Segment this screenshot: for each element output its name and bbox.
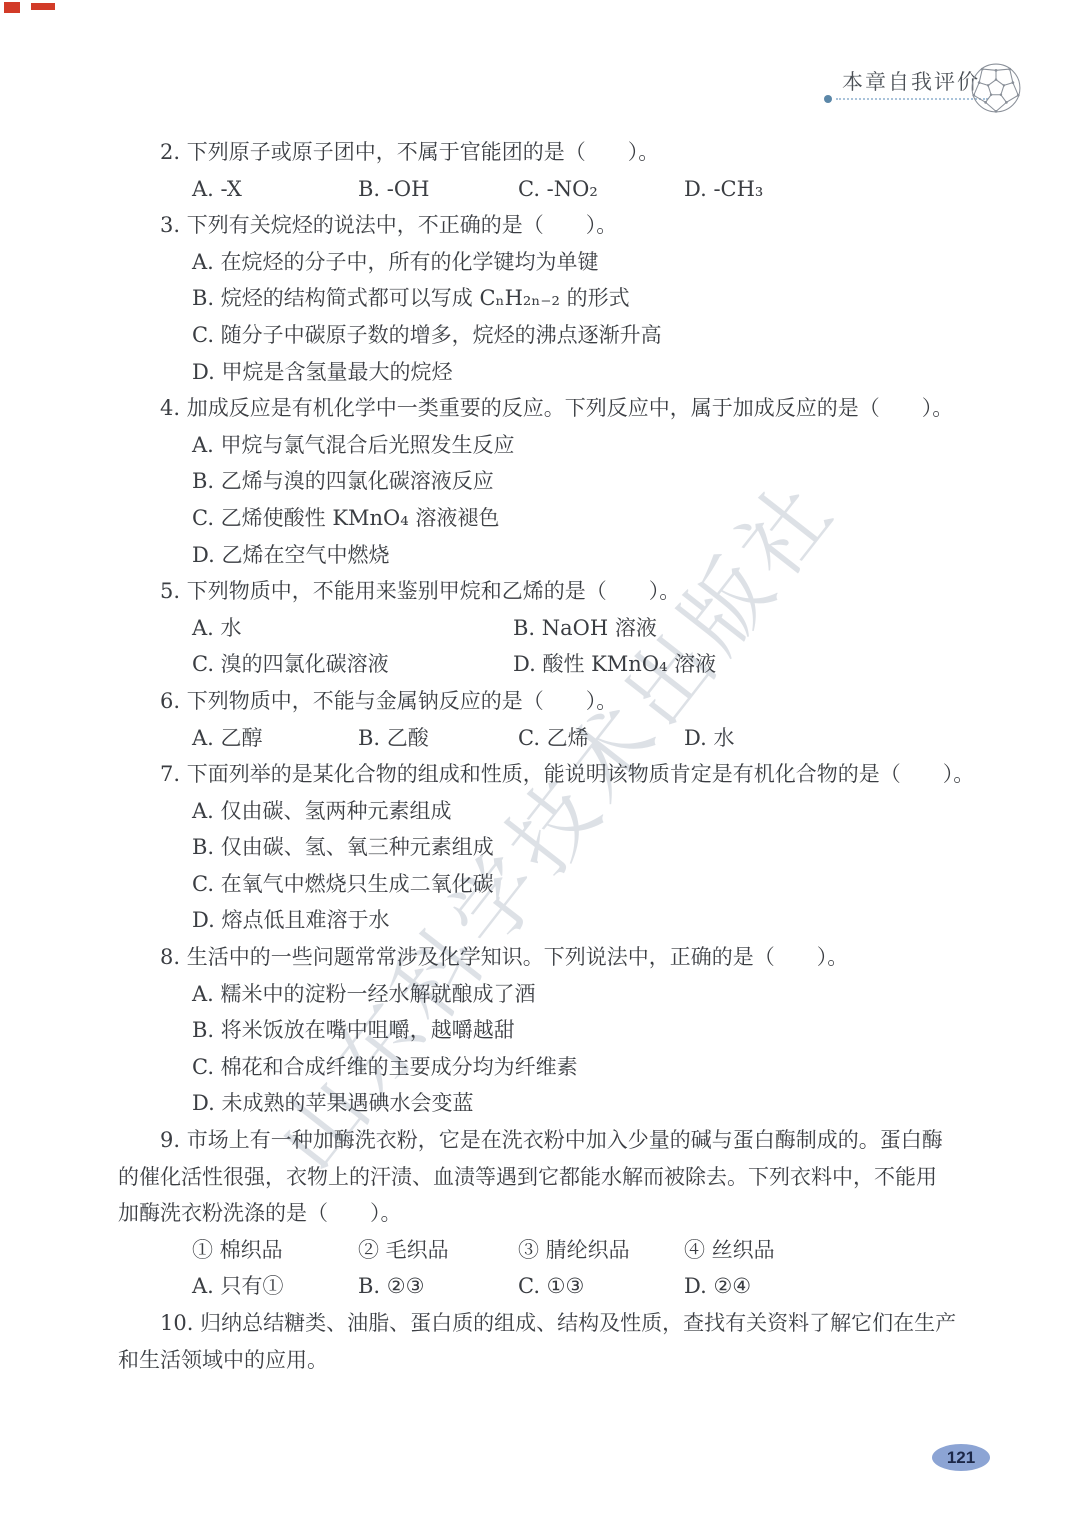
question-5-options-row-1: A. 水B. NaOH 溶液 [118, 610, 970, 647]
question-5-stem: 5. 下列物质中，不能用来鉴别甲烷和乙烯的是（ ）。 [118, 573, 970, 610]
question-9-stem-line-3: 加酶洗衣粉洗涤的是（ ）。 [118, 1195, 970, 1232]
question-10-stem-line-1: 10. 归纳总结糖类、油脂、蛋白质的组成、结构及性质，查找有关资料了解它们在生产 [118, 1305, 970, 1342]
question-8-option-d: D. 未成熟的苹果遇碘水会变蓝 [118, 1085, 970, 1122]
option-cell: ② 毛织品 [358, 1232, 449, 1269]
textbook-page: 本章自我评价 山东科学技术出版社 2. 下列原子或原子团中，不属于官能团的是（ … [0, 0, 1080, 1527]
question-8-option-c: C. 棉花和合成纤维的主要成分均为纤维素 [118, 1049, 970, 1086]
option-cell: A. 只有① [192, 1268, 284, 1305]
question-7-option-a: A. 仅由碳、氢两种元素组成 [118, 793, 970, 830]
question-4-option-d: D. 乙烯在空气中燃烧 [118, 537, 970, 574]
option-cell: B. ②③ [358, 1268, 424, 1305]
question-8-option-a: A. 糯米中的淀粉一经水解就酿成了酒 [118, 976, 970, 1013]
scan-artifact-mark [4, 2, 20, 13]
question-4-stem: 4. 加成反应是有机化学中一类重要的反应。下列反应中，属于加成反应的是（ ）。 [118, 390, 970, 427]
question-9-stem-line-1: 9. 市场上有一种加酶洗衣粉，它是在洗衣粉中加入少量的碱与蛋白酶制成的。蛋白酶 [118, 1122, 970, 1159]
question-4-option-b: B. 乙烯与溴的四氯化碳溶液反应 [118, 463, 970, 500]
option-cell: C. ①③ [518, 1268, 584, 1305]
question-8-stem: 8. 生活中的一些问题常常涉及化学知识。下列说法中，正确的是（ ）。 [118, 939, 970, 976]
option-cell: D. -CH₃ [684, 171, 763, 208]
question-2-options-row: A. -XB. -OHC. -NO₂D. -CH₃ [118, 171, 970, 208]
question-7-option-b: B. 仅由碳、氢、氧三种元素组成 [118, 829, 970, 866]
question-9-stem-line-2: 的催化活性很强，衣物上的汗渍、血渍等遇到它都能水解而被除去。下列衣料中，不能用 [118, 1159, 970, 1196]
option-cell: ③ 腈纶织品 [518, 1232, 630, 1269]
question-4-option-c: C. 乙烯使酸性 KMnO₄ 溶液褪色 [118, 500, 970, 537]
scan-artifact-mark [31, 3, 55, 10]
question-3-stem: 3. 下列有关烷烃的说法中，不正确的是（ ）。 [118, 207, 970, 244]
page-number-badge: 121 [932, 1444, 990, 1471]
option-cell: ① 棉织品 [192, 1232, 283, 1269]
option-cell: D. ②④ [684, 1268, 751, 1305]
option-cell: B. NaOH 溶液 [513, 610, 657, 647]
question-3-option-a: A. 在烷烃的分子中，所有的化学键均为单键 [118, 244, 970, 281]
question-3-option-d: D. 甲烷是含氢量最大的烷烃 [118, 354, 970, 391]
option-cell: B. 乙酸 [358, 720, 429, 757]
option-cell: A. 水 [192, 610, 242, 647]
question-7-option-c: C. 在氧气中燃烧只生成二氧化碳 [118, 866, 970, 903]
question-7-option-d: D. 熔点低且难溶于水 [118, 902, 970, 939]
header-rule-dot [824, 95, 832, 103]
questions-list: 2. 下列原子或原子团中，不属于官能团的是（ ）。A. -XB. -OHC. -… [118, 134, 970, 1378]
question-7-stem: 7. 下面列举的是某化合物的组成和性质，能说明该物质肯定是有机化合物的是（ ）。 [118, 756, 970, 793]
option-cell: D. 水 [684, 720, 734, 757]
question-9-options-row: A. 只有①B. ②③C. ①③D. ②④ [118, 1268, 970, 1305]
question-3-option-b: B. 烷烃的结构简式都可以写成 CₙH₂ₙ₋₂ 的形式 [118, 280, 970, 317]
option-cell: D. 酸性 KMnO₄ 溶液 [513, 646, 716, 683]
header-dotted-rule [836, 98, 988, 100]
option-cell: A. 乙醇 [192, 720, 263, 757]
option-cell: C. 溴的四氯化碳溶液 [192, 646, 389, 683]
question-5-options-row-2: C. 溴的四氯化碳溶液D. 酸性 KMnO₄ 溶液 [118, 646, 970, 683]
question-8-option-b: B. 将米饭放在嘴中咀嚼，越嚼越甜 [118, 1012, 970, 1049]
question-10-stem-line-2: 和生活领域中的应用。 [118, 1342, 970, 1379]
question-9-items-row: ① 棉织品② 毛织品③ 腈纶织品④ 丝织品 [118, 1232, 970, 1269]
fullerene-icon [970, 62, 1022, 114]
option-cell: C. -NO₂ [518, 171, 598, 208]
option-cell: C. 乙烯 [518, 720, 589, 757]
question-4-option-a: A. 甲烷与氯气混合后光照发生反应 [118, 427, 970, 464]
question-6-stem: 6. 下列物质中，不能与金属钠反应的是（ ）。 [118, 683, 970, 720]
option-cell: B. -OH [358, 171, 429, 208]
question-2-stem: 2. 下列原子或原子团中，不属于官能团的是（ ）。 [118, 134, 970, 171]
option-cell: A. -X [192, 171, 242, 208]
question-3-option-c: C. 随分子中碳原子数的增多，烷烃的沸点逐渐升高 [118, 317, 970, 354]
question-6-options-row: A. 乙醇B. 乙酸C. 乙烯D. 水 [118, 720, 970, 757]
option-cell: ④ 丝织品 [684, 1232, 775, 1269]
